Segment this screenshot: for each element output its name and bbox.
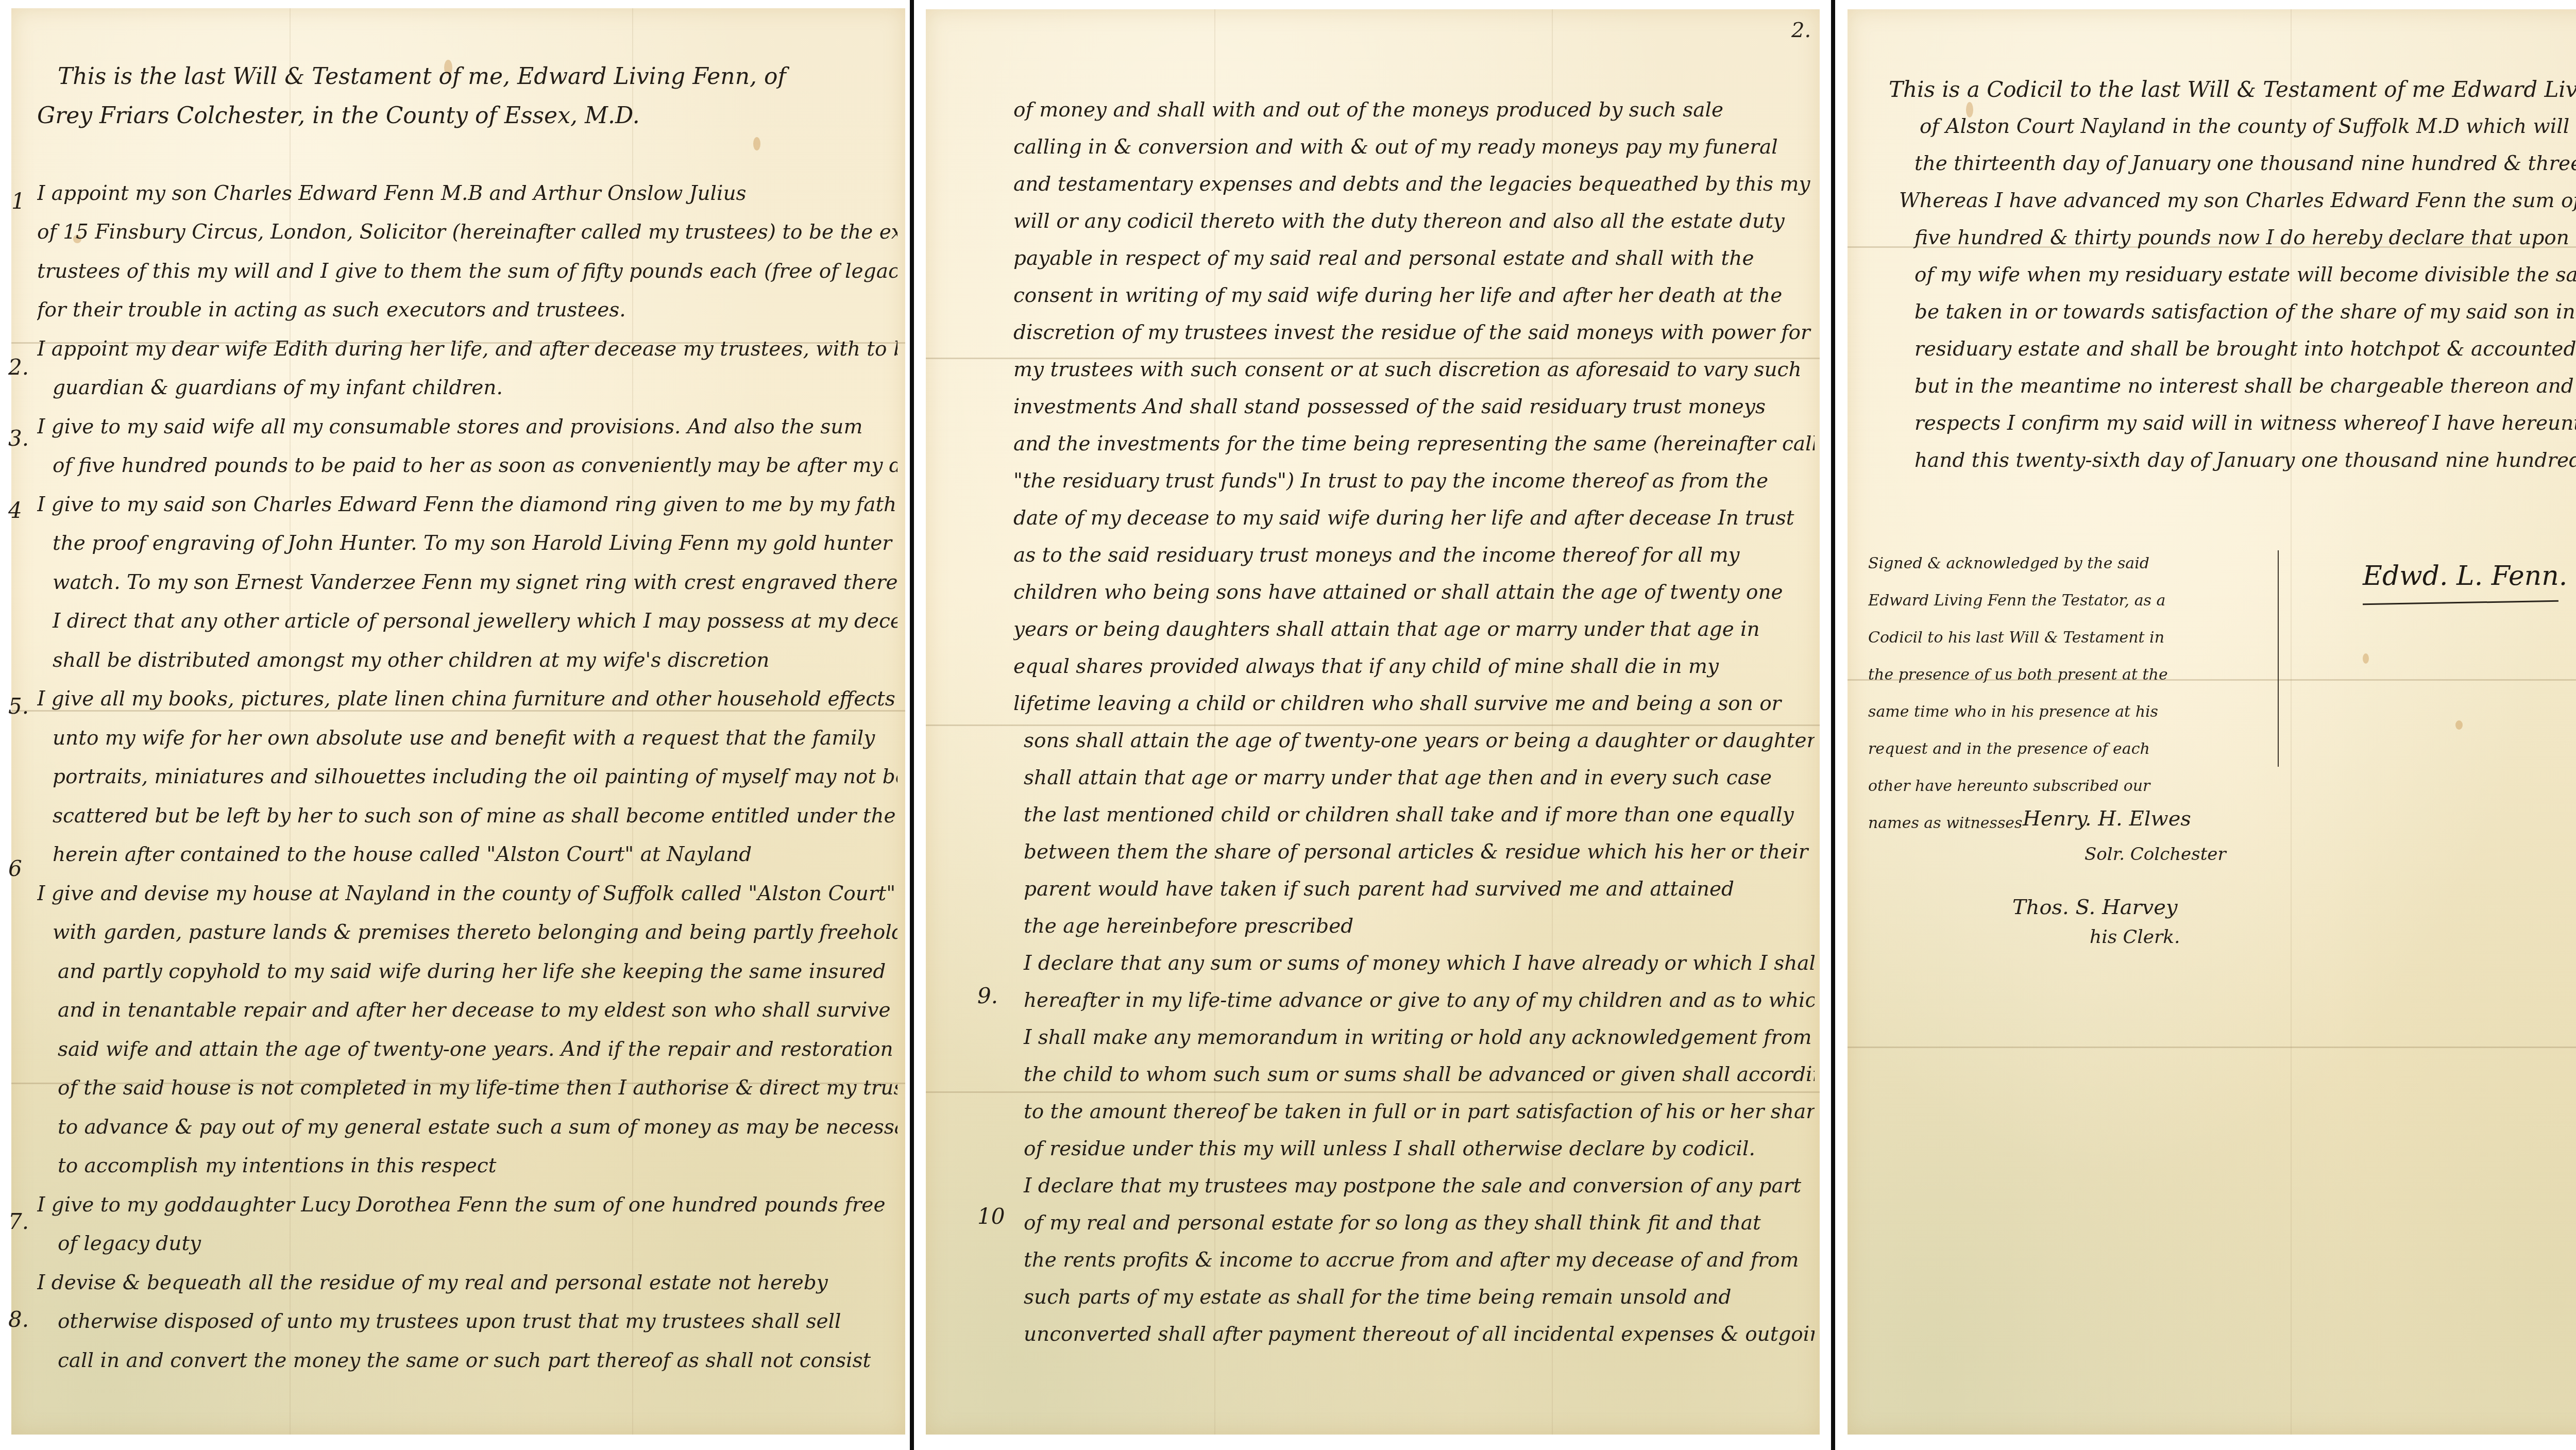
text-line: I give to my said wife all my consumable… [37, 408, 897, 447]
attestation-line: other have hereunto subscribed our [1868, 768, 2198, 805]
text-line: Whereas I have advanced my son Charles E… [1889, 182, 2576, 220]
text-line: portraits, miniatures and silhouettes in… [37, 757, 897, 797]
attestation-line: Codicil to his last Will & Testament in [1868, 619, 2198, 656]
text-line: and testamentary expenses and debts and … [1013, 166, 1815, 203]
attestation-line: Signed & acknowledged by the said [1868, 545, 2198, 582]
page-divider-2 [1831, 0, 1835, 1450]
will-text-page-2: of money and shall with and out of the m… [1013, 92, 1815, 1353]
page-number: 2. [1791, 19, 1811, 42]
will-page-1: 1 2. 3. 4 5. 6 7. 8. This is the last Wi… [11, 8, 905, 1435]
text-line: be taken in or towards satisfaction of t… [1889, 294, 2576, 331]
text-line: of five hundred pounds to be paid to her… [37, 446, 897, 485]
text-line: of my wife when my residuary estate will… [1889, 257, 2576, 294]
text-line: said wife and attain the age of twenty-o… [37, 1030, 897, 1069]
text-line: I give to my goddaughter Lucy Dorothea F… [37, 1186, 897, 1225]
text-line: I declare that any sum or sums of money … [1013, 945, 1815, 982]
clause-number: 3. [8, 426, 29, 451]
attestation-line: Edward Living Fenn the Testator, as a [1868, 582, 2198, 619]
text-line: of 15 Finsbury Circus, London, Solicitor… [37, 213, 897, 252]
attestation-separator [2278, 550, 2279, 767]
attestation-clause: Signed & acknowledged by the said Edward… [1868, 545, 2198, 842]
text-line: "the residuary trust funds") In trust to… [1013, 463, 1815, 500]
text-line: I appoint my son Charles Edward Fenn M.B… [37, 174, 897, 213]
clause-number: 8. [8, 1307, 29, 1332]
text-line: respects I confirm my said will in witne… [1889, 405, 2576, 442]
attestation-line: the presence of us both present at the [1868, 656, 2198, 694]
text-line: with garden, pasture lands & premises th… [37, 913, 897, 952]
witness-title: Solr. Colchester [2084, 844, 2226, 865]
text-line: herein after contained to the house call… [37, 835, 897, 874]
foxing-stain [2363, 653, 2369, 664]
text-line: I appoint my dear wife Edith during her … [37, 330, 897, 369]
clause-number: 10 [977, 1204, 1005, 1229]
will-text-page-1: This is the last Will & Testament of me,… [37, 57, 897, 1380]
text-line: of legacy duty [37, 1224, 897, 1263]
clause-number: 6 [8, 856, 22, 881]
text-line: otherwise disposed of unto my trustees u… [37, 1302, 897, 1341]
text-line: the child to whom such sum or sums shall… [1013, 1056, 1815, 1093]
text-line: watch. To my son Ernest Vanderzee Fenn m… [37, 563, 897, 602]
text-line: and in tenantable repair and after her d… [37, 991, 897, 1030]
text-line: hereafter in my life-time advance or giv… [1013, 982, 1815, 1019]
text-line: unconverted shall after payment thereout… [1013, 1316, 1815, 1353]
text-line: guardian & guardians of my infant childr… [37, 368, 897, 408]
clause-number: 1 [11, 189, 25, 214]
heading-line: This is the last Will & Testament of me,… [37, 57, 897, 96]
text-line: will or any codicil thereto with the dut… [1013, 203, 1815, 240]
text-line: calling in & conversion and with & out o… [1013, 129, 1815, 166]
text-line: sons shall attain the age of twenty-one … [1013, 722, 1815, 760]
heading-line: Grey Friars Colchester, in the County of… [37, 96, 897, 136]
text-line: and the investments for the time being r… [1013, 426, 1815, 463]
foxing-stain [2455, 720, 2463, 730]
text-line: children who being sons have attained or… [1013, 574, 1815, 611]
text-line: and partly copyhold to my said wife duri… [37, 952, 897, 991]
text-line: shall attain that age or marry under tha… [1013, 760, 1815, 797]
attestation-line: same time who in his presence at his [1868, 694, 2198, 731]
text-line: I give and devise my house at Nayland in… [37, 874, 897, 914]
text-line: such parts of my estate as shall for the… [1013, 1279, 1815, 1316]
text-line: of the said house is not completed in my… [37, 1069, 897, 1108]
text-line: of residue under this my will unless I s… [1013, 1131, 1815, 1168]
blank-line [37, 135, 897, 174]
attestation-line: request and in the presence of each [1868, 731, 2198, 768]
text-line: to advance & pay out of my general estat… [37, 1108, 897, 1147]
signature-flourish [2363, 600, 2558, 605]
text-line: of my real and personal estate for so lo… [1013, 1205, 1815, 1242]
text-line: the thirteenth day of January one thousa… [1889, 145, 2576, 182]
text-line: I direct that any other article of perso… [37, 602, 897, 641]
text-line: the rents profits & income to accrue fro… [1013, 1242, 1815, 1279]
heading-line: This is a Codicil to the last Will & Tes… [1889, 71, 2576, 108]
text-line: to accomplish my intentions in this resp… [37, 1146, 897, 1186]
clause-number: 9. [977, 983, 998, 1008]
text-line: I give to my said son Charles Edward Fen… [37, 485, 897, 525]
clause-number: 7. [8, 1209, 29, 1234]
will-page-2: 2. 9. 10 of money and shall with and out… [926, 9, 1820, 1435]
text-line: I devise & bequeath all the residue of m… [37, 1263, 897, 1303]
text-line: the last mentioned child or children sha… [1013, 797, 1815, 834]
text-line: call in and convert the money the same o… [37, 1341, 897, 1380]
text-line: parent would have taken if such parent h… [1013, 871, 1815, 908]
text-line: residuary estate and shall be brought in… [1889, 331, 2576, 368]
text-line: my trustees with such consent or at such… [1013, 351, 1815, 389]
page-divider-1 [910, 0, 914, 1450]
witness-name: Thos. S. Harvey [2012, 896, 2178, 919]
text-line: but in the meantime no interest shall be… [1889, 368, 2576, 405]
text-line: I declare that my trustees may postpone … [1013, 1168, 1815, 1205]
fold-line [1848, 1047, 2576, 1048]
text-line: date of my decease to my said wife durin… [1013, 500, 1815, 537]
text-line: investments And shall stand possessed of… [1013, 389, 1815, 426]
text-line: the proof engraving of John Hunter. To m… [37, 524, 897, 563]
text-line: five hundred & thirty pounds now I do he… [1889, 220, 2576, 257]
clause-number: 5. [8, 694, 29, 719]
clause-number: 4 [8, 498, 22, 523]
witness-title: his Clerk. [2090, 926, 2180, 948]
text-line: to the amount thereof be taken in full o… [1013, 1093, 1815, 1131]
text-line: consent in writing of my said wife durin… [1013, 277, 1815, 314]
text-line: the age hereinbefore prescribed [1013, 908, 1815, 945]
text-line: equal shares provided always that if any… [1013, 648, 1815, 685]
text-line: discretion of my trustees invest the res… [1013, 314, 1815, 351]
codicil-text: This is a Codicil to the last Will & Tes… [1889, 71, 2576, 479]
text-line: shall be distributed amongst my other ch… [37, 641, 897, 680]
text-line: unto my wife for her own absolute use an… [37, 719, 897, 758]
clause-number: 2. [8, 355, 29, 380]
text-line: scattered but be left by her to such son… [37, 797, 897, 836]
text-line: trustees of this my will and I give to t… [37, 252, 897, 291]
text-line: lifetime leaving a child or children who… [1013, 685, 1815, 722]
text-line: payable in respect of my said real and p… [1013, 240, 1815, 277]
text-line: between them the share of personal artic… [1013, 834, 1815, 871]
testator-signature: Edwd. L. Fenn. [2363, 561, 2567, 592]
text-line: for their trouble in acting as such exec… [37, 291, 897, 330]
text-line: years or being daughters shall attain th… [1013, 611, 1815, 648]
text-line: I give all my books, pictures, plate lin… [37, 680, 897, 719]
witness-name: Henry. H. Elwes [2023, 807, 2191, 831]
text-line: of money and shall with and out of the m… [1013, 92, 1815, 129]
text-line: hand this twenty-sixth day of January on… [1889, 442, 2576, 479]
text-line: as to the said residuary trust moneys an… [1013, 537, 1815, 574]
text-line: of Alston Court Nayland in the county of… [1889, 108, 2576, 145]
codicil-page: This is a Codicil to the last Will & Tes… [1848, 9, 2576, 1435]
text-line: I shall make any memorandum in writing o… [1013, 1019, 1815, 1056]
